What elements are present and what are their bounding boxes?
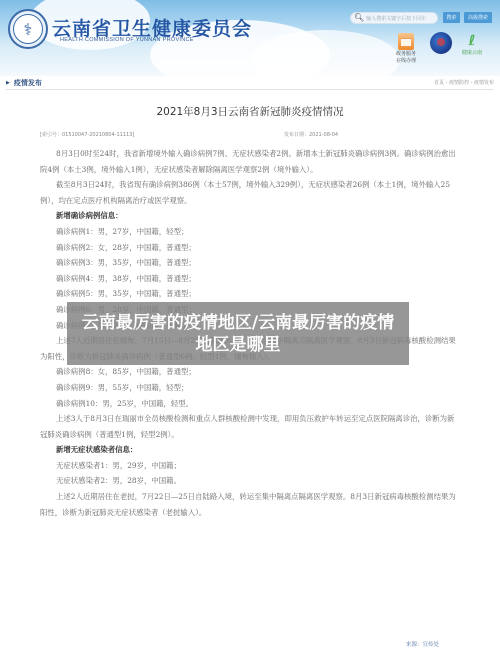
- case-item: 确诊病例9：男，55岁，中国籍，轻型；: [40, 380, 460, 396]
- overlay-headline: 云南最厉害的疫情地区/云南最厉害的疫情地区是哪里: [78, 312, 398, 356]
- paragraph: 8月3日0时至24时，我省新增境外输入确诊病例7例、无症状感染者2例。新增本土新…: [40, 146, 460, 177]
- online-service-link[interactable]: 政务服务 在线办理: [396, 33, 416, 64]
- overlay-banner: 云南最厉害的疫情地区/云南最厉害的疫情地区是哪里: [67, 302, 409, 365]
- service-desk-icon: [398, 33, 414, 50]
- globe-emblem-icon: [430, 32, 452, 54]
- search-placeholder: 输入搜索关键字后按下回车: [366, 15, 426, 22]
- asymptomatic-item: 无症状感染者1：男，29岁，中国籍；: [40, 458, 460, 474]
- advanced-search-button[interactable]: 高级搜索: [464, 12, 492, 23]
- site-subtitle: HEALTH COMMISSION OF YUNNAN PROVINCE: [60, 37, 194, 43]
- case-item: 确诊病例8：女，85岁，中国籍，普通型；: [40, 364, 460, 380]
- globe-emblem-link[interactable]: [430, 32, 452, 54]
- case-item: 确诊病例5：男，35岁，中国籍，普通型；: [40, 286, 460, 302]
- case-item: 确诊病例4：男，38岁，中国籍，普通型；: [40, 271, 460, 287]
- column-bar: ▶ 疫情发布 首页 - 疫情防控 - 疫情发布: [6, 76, 494, 90]
- breadcrumb[interactable]: 首页 - 疫情防控 - 疫情发布: [434, 79, 494, 86]
- section-heading: 新增确诊病例信息：: [40, 208, 460, 224]
- section-heading: 新增无症状感染者信息：: [40, 442, 460, 458]
- quick-link-label: 健康云南: [462, 49, 482, 56]
- quick-link-label: 在线办理: [396, 58, 416, 64]
- case-item: 确诊病例10：男，25岁，中国籍，轻型。: [40, 396, 460, 412]
- triangle-right-icon: ▶: [6, 80, 10, 86]
- search-icon: 🔍︎: [354, 14, 364, 22]
- case-item: 确诊病例3：男，35岁，中国籍，普通型；: [40, 255, 460, 271]
- quick-link-label: 政务服务: [396, 51, 416, 57]
- caduceus-icon: ⚕: [13, 14, 43, 44]
- site-header: ⚕ 云南省卫生健康委员会 HEALTH COMMISSION OF YUNNAN…: [0, 0, 500, 76]
- publish-date: 发布日期：2021-08-04: [284, 131, 338, 138]
- index-number: [索引号：01510047-20210804-11113]: [40, 131, 134, 138]
- case-item: 确诊病例1：男，27岁，中国籍，轻型；: [40, 224, 460, 240]
- search-input[interactable]: 🔍︎ 输入搜索关键字后按下回车: [350, 12, 438, 24]
- paragraph: 上述3人于8月3日在瑞丽市全员核酸检测和重点人群核酸检测中发现，即用负压救护车转…: [40, 411, 460, 442]
- column-title: ▶ 疫情发布: [6, 78, 42, 88]
- paragraph: 截至8月3日24时，我省现有确诊病例386例（本土57例，境外输入329例），无…: [40, 177, 460, 208]
- healthy-yunnan-link[interactable]: ℓ 健康云南: [462, 34, 482, 56]
- article-title: 2021年8月3日云南省新冠肺炎疫情情况: [0, 104, 500, 119]
- search-button[interactable]: 搜索: [443, 12, 460, 23]
- asymptomatic-item: 无症状感染者2：男，28岁，中国籍。: [40, 473, 460, 489]
- health-commission-emblem-icon[interactable]: ⚕: [8, 9, 48, 49]
- column-title-text: 疫情发布: [14, 78, 42, 88]
- case-item: 确诊病例2：女，28岁，中国籍，普通型；: [40, 240, 460, 256]
- healthy-yunnan-icon: ℓ: [469, 34, 476, 49]
- paragraph: 上述2人近期居住在老挝，7月22日—25日自陆路入境，转运至集中隔离点隔离医学观…: [40, 489, 460, 520]
- article-source: 来源：宣传处: [406, 640, 439, 648]
